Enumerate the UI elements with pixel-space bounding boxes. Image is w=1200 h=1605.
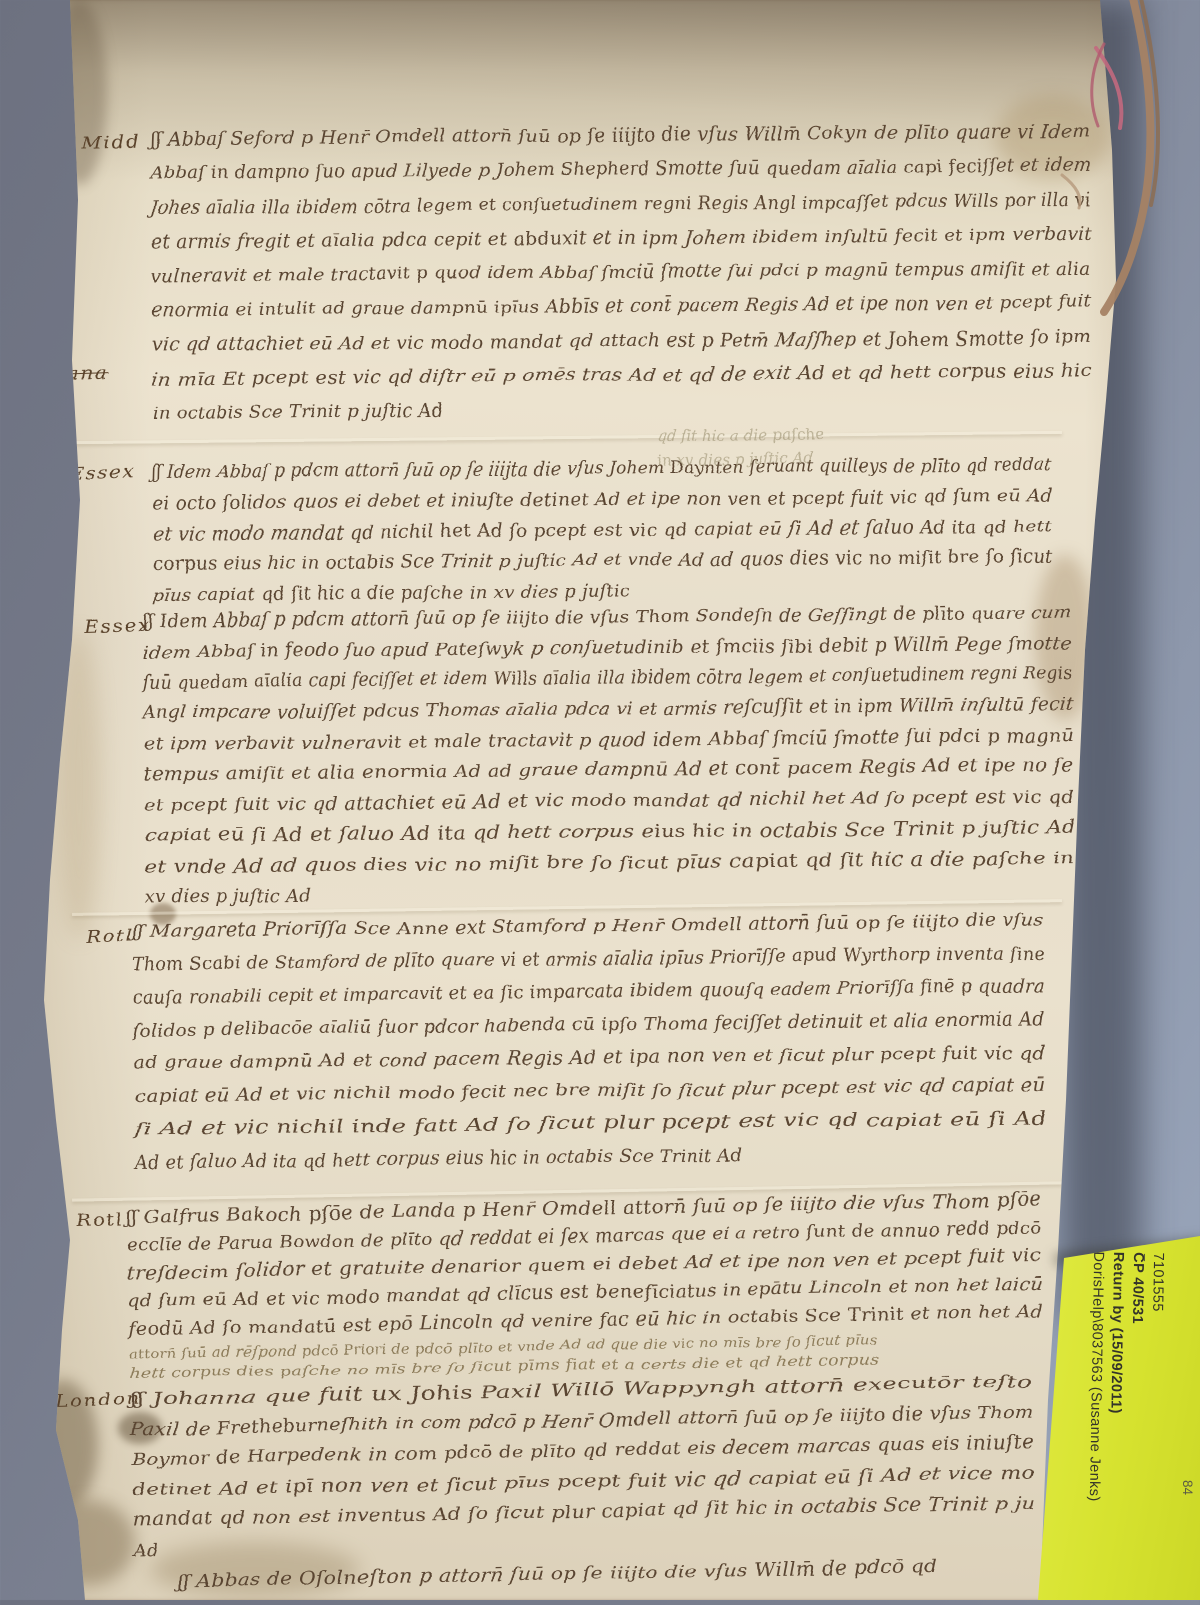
parchment-document: Midd pana Essex Essex Rotl Rotl London ʃ… (0, 0, 1200, 1600)
pen-tick: – (1138, 1254, 1153, 1261)
margin-note-rutland-2: Rotl (76, 1210, 124, 1232)
manuscript-block: ʃʃ Idem Abbaſ p pdcm attorn̄ ſuū op ſe i… (152, 454, 1053, 616)
margin-note-london: London (56, 1389, 141, 1412)
margin-note-midd: Midd (82, 132, 141, 154)
manuscript-block: ʃʃ Johanna que fuit ux Johis Paxil Willō… (130, 1372, 1035, 1570)
manuscript-block: ʃʃ Margareta Priorīſſa Sce Anne ext Stam… (132, 910, 1047, 1185)
margin-note-rutland-1: Rotl (86, 926, 134, 948)
erased-text-line: qd ſit hic a die paſche (658, 425, 824, 451)
binding-cord-strand (1140, 0, 1158, 205)
margin-note-essex-1: Essex (70, 462, 136, 484)
manuscript-line: in mīa Et pcept est vic qd diſtr eū p om… (152, 361, 1092, 404)
manuscript-text-layer: Midd pana Essex Essex Rotl Rotl London ʃ… (0, 0, 1200, 1600)
margin-note-essex-2: Essex (84, 616, 150, 638)
sticky-note: 7101555CP 40/531Return by (15/09/2011)Do… (1038, 1236, 1200, 1600)
manuscript-line: in octabis Sce Trinit p juſtic Ad (152, 401, 443, 438)
margin-note-pana: pana (52, 364, 108, 386)
photo-scene: Midd pana Essex Essex Rotl Rotl London ʃ… (0, 0, 1200, 1600)
erased-text-line: in xv dies p juſtic Ad (658, 449, 824, 475)
manuscript-line: corpus eius hic in octabis Sce Trinit p … (153, 547, 1053, 586)
erased-text: qd ſit hic a die paſche in xv dies p juſ… (658, 425, 824, 475)
manuscript-block: ʃʃ Abbaſ Seford p Henr̄ Omdell attorn̄ ſ… (150, 121, 1093, 438)
manuscript-block: ʃʃ Idem Abbaſ p pdcm attorn̄ ſuū op ſe i… (142, 602, 1075, 918)
manuscript-line: xv dies p juſtic Ad (145, 886, 312, 918)
sticky-note-text: 7101555CP 40/531Return by (15/09/2011)Do… (1084, 1251, 1168, 1503)
sticky-note-corner-number: 84 (1180, 1480, 1195, 1495)
manuscript-block: ʃʃ Galfrus Bakoch pſōe de Landa p Henr̄ … (126, 1189, 1044, 1385)
manuscript-line: Ad (133, 1539, 158, 1570)
